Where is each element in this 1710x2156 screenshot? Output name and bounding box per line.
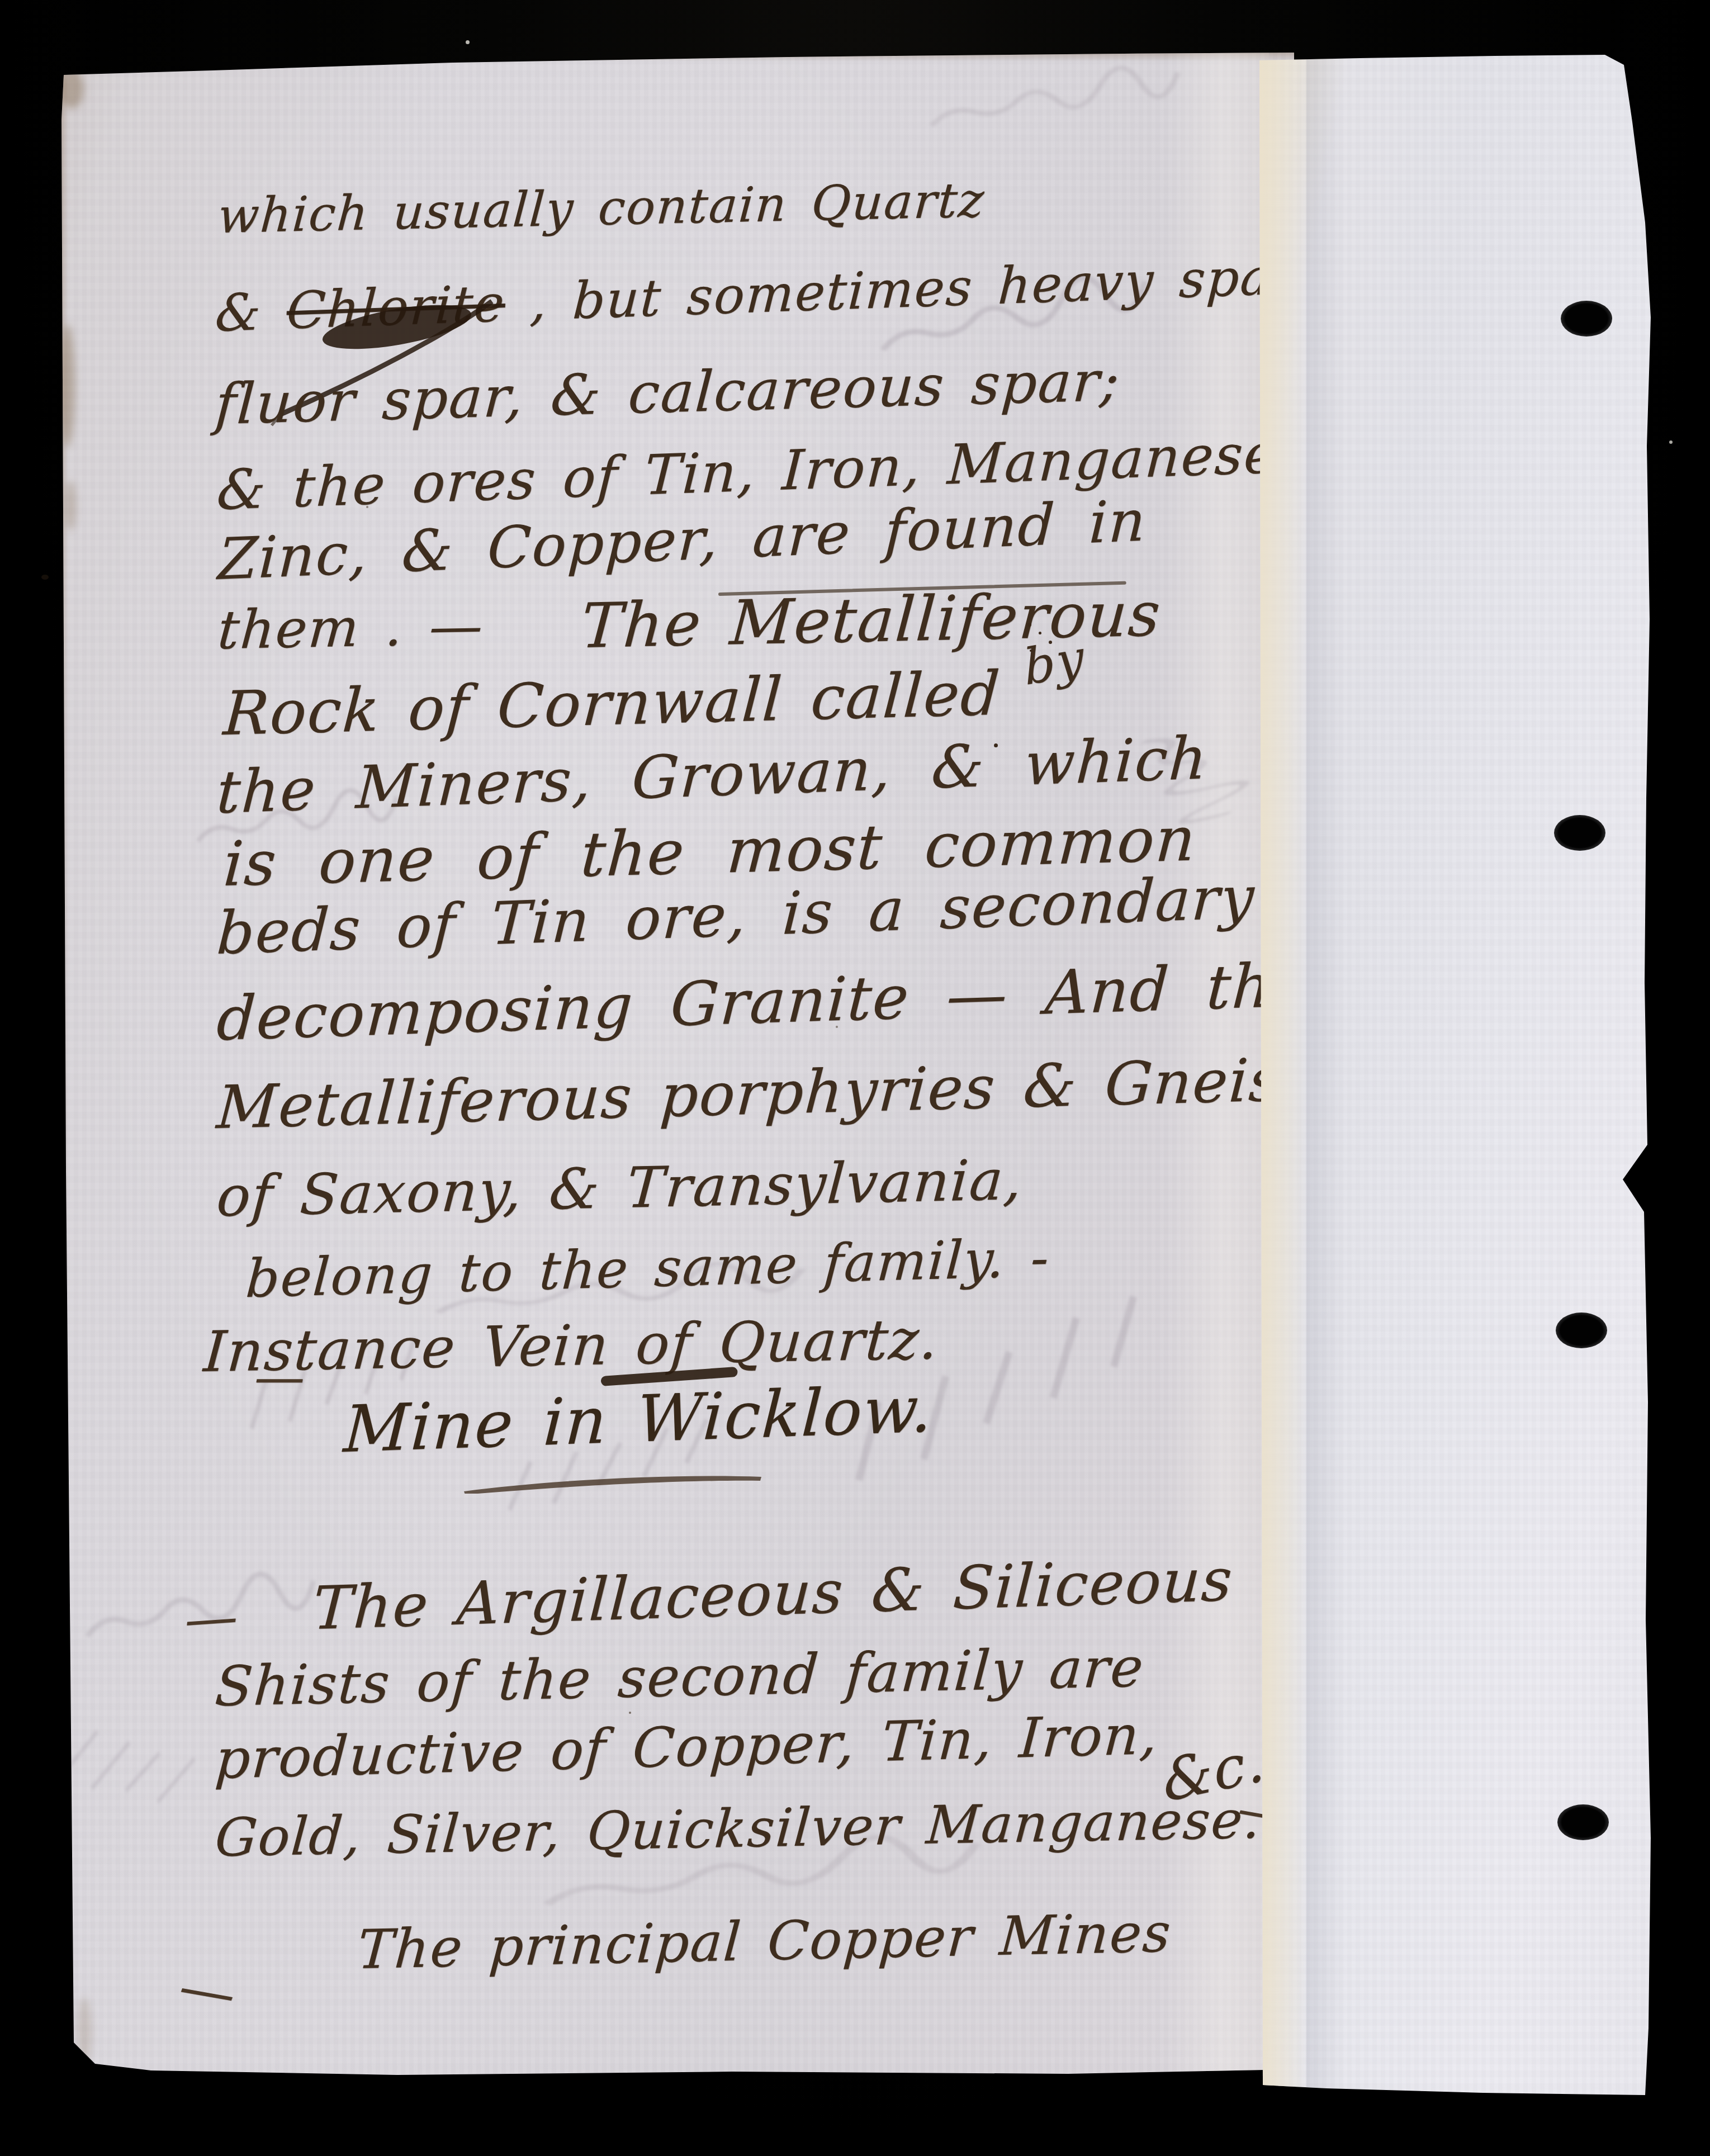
punch-hole	[1554, 815, 1605, 851]
ink-speckle	[1039, 632, 1041, 634]
browned-top-edge	[61, 53, 1294, 61]
edge-stain	[59, 69, 84, 108]
handwritten-line: Instance Vein of Quartz.	[202, 1306, 941, 1385]
ink-speckle	[1030, 650, 1032, 652]
dust-speck	[1669, 440, 1673, 444]
handwritten-line: them . —	[216, 595, 486, 661]
handwritten-heading: Mine in Wicklow.	[342, 1372, 935, 1467]
handwritten-line: Gold, Silver, Quicksilver Manganese.	[213, 1789, 1263, 1869]
underlined-word: Quartz.	[717, 1306, 941, 1376]
punch-hole	[1557, 1804, 1609, 1840]
paper-fleck	[366, 506, 368, 508]
edge-stain	[65, 481, 76, 531]
strip-crease-shadow	[1306, 55, 1346, 2096]
handwritten-line: which usually contain Quartz	[216, 172, 987, 244]
dust-speck	[466, 40, 470, 44]
paper-fleck	[836, 1026, 838, 1028]
dust-speck	[41, 575, 49, 580]
ink-speckle	[1027, 623, 1031, 627]
handwritten-line: Shists of the second family are	[213, 1636, 1146, 1719]
handwritten-line: belong to the same family. -	[244, 1228, 1051, 1310]
handwritten-line: The principal Copper Mines	[356, 1901, 1173, 1981]
margin-dash: —	[182, 1586, 239, 1651]
handwritten-line: The Argillaceous & Siliceous	[311, 1545, 1235, 1643]
paper-fleck	[629, 1712, 631, 1714]
guard-strip	[1259, 55, 1652, 2096]
handwritten-line: Metalliferous porphyries & Gneis	[215, 1045, 1282, 1142]
manuscript-page: which usually contain Quartz & Chlorite …	[61, 53, 1294, 2076]
edge-stain	[60, 324, 75, 447]
handwritten-line: decomposing Granite — And the	[215, 950, 1310, 1054]
scanned-manuscript: which usually contain Quartz & Chlorite …	[0, 0, 1710, 2156]
edge-stain	[77, 1998, 92, 2065]
ink-showthrough	[51, 1700, 235, 1828]
punch-hole	[1561, 301, 1612, 337]
inserted-word: by	[1021, 628, 1087, 696]
underline-stroke	[463, 1469, 765, 1494]
strip-warm-band	[1259, 55, 1308, 2096]
margin-dash: —	[174, 1953, 241, 2027]
handwritten-line: of Saxony, & Transylvania,	[215, 1147, 1025, 1229]
ink-speckle	[1049, 641, 1052, 644]
handwritten-line: productive of Copper, Tin, Iron,	[214, 1703, 1160, 1792]
punch-hole	[1556, 1312, 1607, 1348]
